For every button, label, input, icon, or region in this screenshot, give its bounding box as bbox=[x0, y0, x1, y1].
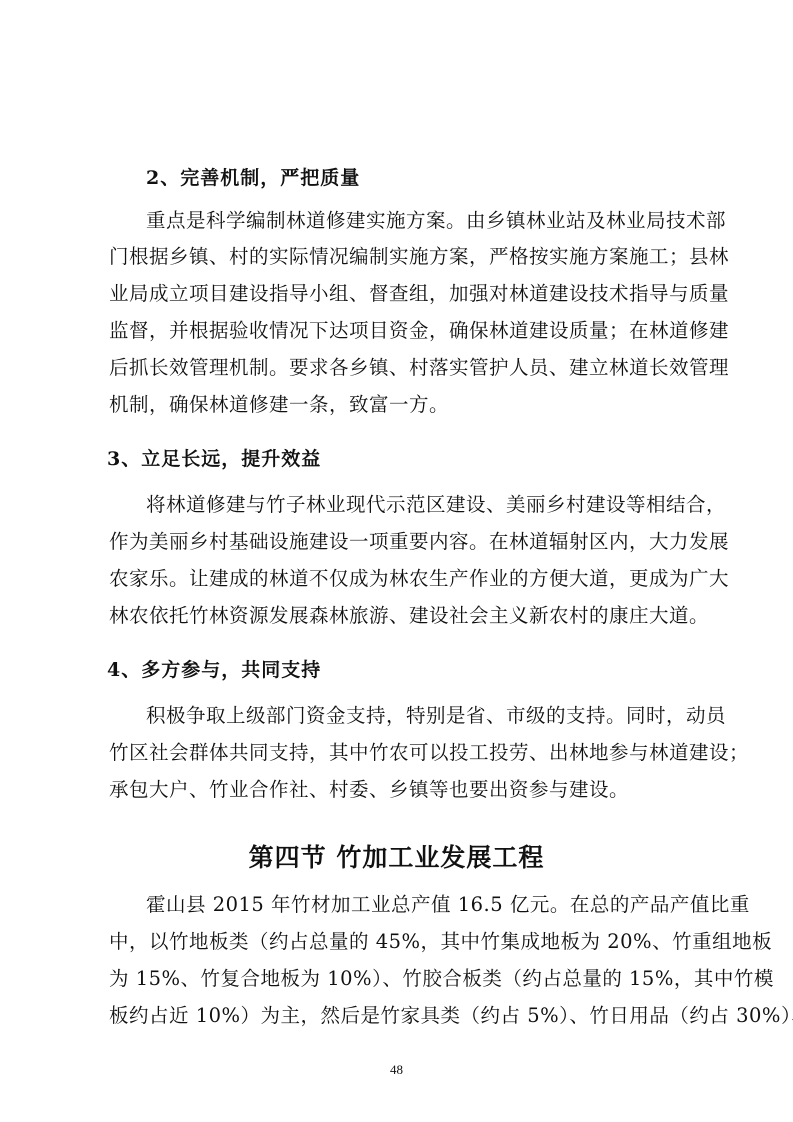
paragraph-line: 为 15%、竹复合地板为 10%）、竹胶合板类（约占总量的 15%，其中竹模 bbox=[109, 967, 686, 991]
page-number: 48 bbox=[0, 1062, 793, 1078]
paragraph-line: 将林道修建与竹子林业现代示范区建设、美丽乡村建设等相结合， bbox=[146, 493, 686, 517]
paragraph-line: 门根据乡镇、村的实际情况编制实施方案，严格按实施方案施工；县林 bbox=[109, 245, 686, 269]
paragraph-line: 林农依托竹林资源发展森林旅游、建设社会主义新农村的康庄大道。 bbox=[109, 604, 686, 628]
paragraph-line: 中，以竹地板类（约占总量的 45%，其中竹集成地板为 20%、竹重组地板 bbox=[109, 930, 686, 954]
paragraph-line: 监督，并根据验收情况下达项目资金，确保林道建设质量；在林道修建 bbox=[109, 319, 686, 343]
paragraph-line: 农家乐。让建成的林道不仅成为林农生产作业的方便大道，更成为广大 bbox=[109, 567, 686, 591]
document-page: 2、完善机制，严把质量 重点是科学编制林道修建实施方案。由乡镇林业站及林业局技术… bbox=[0, 0, 793, 1122]
heading-multi-party-support: 4、多方参与，共同支持 bbox=[107, 655, 321, 682]
paragraph-line: 业局成立项目建设指导小组、督查组，加强对林道建设技术指导与质量 bbox=[109, 282, 686, 306]
paragraph-line: 重点是科学编制林道修建实施方案。由乡镇林业站及林业局技术部 bbox=[146, 209, 686, 233]
heading-long-term-benefit: 3、立足长远，提升效益 bbox=[107, 444, 321, 471]
paragraph-line: 竹区社会群体共同支持，其中竹农可以投工投劳、出林地参与林道建设； bbox=[109, 741, 686, 765]
paragraph-line: 板约占近 10%）为主，然后是竹家具类（约占 5%）、竹日用品（约占 30%）、 bbox=[109, 1004, 686, 1028]
paragraph-line: 积极争取上级部门资金支持，特别是省、市级的支持。同时，动员 bbox=[146, 704, 686, 728]
heading-improve-mechanism: 2、完善机制，严把质量 bbox=[146, 163, 360, 190]
paragraph-line: 霍山县 2015 年竹材加工业总产值 16.5 亿元。在总的产品产值比重 bbox=[146, 893, 686, 917]
paragraph-line: 承包大户、竹业合作社、村委、乡镇等也要出资参与建设。 bbox=[109, 778, 686, 802]
paragraph-line: 机制，确保林道修建一条，致富一方。 bbox=[109, 393, 686, 417]
paragraph-line: 作为美丽乡村基础设施建设一项重要内容。在林道辐射区内，大力发展 bbox=[109, 530, 686, 554]
section-title: 第四节 竹加工业发展工程 bbox=[0, 838, 793, 874]
paragraph-line: 后抓长效管理机制。要求各乡镇、村落实管护人员、建立林道长效管理 bbox=[109, 356, 686, 380]
